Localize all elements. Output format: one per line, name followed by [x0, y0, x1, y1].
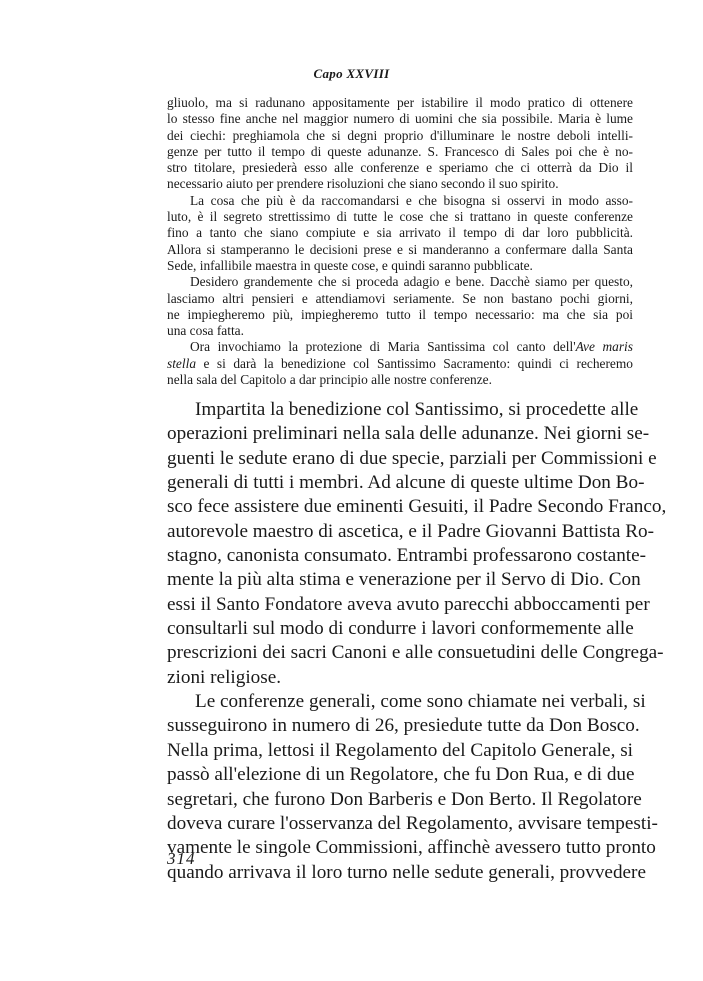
- text-line: Allora si stamperanno le decisioni prese…: [167, 242, 633, 258]
- text-line: La cosa che più è da raccomandarsi e che…: [167, 193, 633, 209]
- text-line: una cosa fatta.: [167, 323, 633, 339]
- text-line: quando arrivava il loro turno nelle sedu…: [167, 861, 633, 885]
- text-line: guenti le sedute erano di due specie, pa…: [167, 447, 633, 471]
- text-line: zioni religiose.: [167, 666, 633, 690]
- text-line: prescrizioni dei sacri Canoni e alle con…: [167, 641, 633, 665]
- text-line: lasciamo altri pensieri e attendiamovi s…: [167, 291, 633, 307]
- main-body-text: Impartita la benedizione col Santissimo,…: [167, 398, 633, 885]
- text-line: vamente le singole Commissioni, affinchè…: [167, 836, 633, 860]
- text-line: ne impiegheremo più, impiegheremo tutto …: [167, 307, 633, 323]
- text-line: passò all'elezione di un Regolatore, che…: [167, 763, 633, 787]
- book-page: Capo XXVIII gliuolo, ma si radunano appo…: [0, 0, 703, 981]
- italic-title: Ave maris: [576, 339, 633, 354]
- quoted-speech-block: gliuolo, ma si radunano appositamente pe…: [167, 95, 633, 388]
- text-line: Impartita la benedizione col Santissimo,…: [167, 398, 633, 422]
- text-line: generali di tutti i membri. Ad alcune di…: [167, 471, 633, 495]
- text-line: mente la più alta stima e venerazione pe…: [167, 568, 633, 592]
- text-line: lo stesso fine anche nel maggior numero …: [167, 111, 633, 127]
- text-line: necessario aiuto per prendere risoluzion…: [167, 176, 633, 192]
- text-line: Ora invochiamo la protezione di Maria Sa…: [167, 339, 633, 355]
- text-line: sco fece assistere due eminenti Gesuiti,…: [167, 495, 633, 519]
- text-line: Le conferenze generali, come sono chiama…: [167, 690, 633, 714]
- text-line: genze per tutto il tempo di queste aduna…: [167, 144, 633, 160]
- text-line: stagno, canonista consumato. Entrambi pr…: [167, 544, 633, 568]
- text-line: stro titolare, presiederà esso alle conf…: [167, 160, 633, 176]
- text-line: operazioni preliminari nella sala delle …: [167, 422, 633, 446]
- text-line: Desidero grandemente che si proceda adag…: [167, 274, 633, 290]
- text-run: e si darà la benedizione col Santissimo …: [204, 356, 634, 371]
- text-line: consultarli sul modo di condurre i lavor…: [167, 617, 633, 641]
- text-line: autorevole maestro di ascetica, e il Pad…: [167, 520, 633, 544]
- text-line: essi il Santo Fondatore aveva avuto pare…: [167, 593, 633, 617]
- text-line: gliuolo, ma si radunano appositamente pe…: [167, 95, 633, 111]
- text-line: Sede, infallibile maestra in queste cose…: [167, 258, 633, 274]
- page-number: 314: [167, 849, 196, 869]
- text-line: stella e si darà la benedizione col Sant…: [167, 356, 633, 372]
- text-line: susseguirono in numero di 26, presiedute…: [167, 714, 633, 738]
- text-line: doveva curare l'osservanza del Regolamen…: [167, 812, 633, 836]
- running-head: Capo XXVIII: [0, 66, 703, 82]
- text-line: fino a tanto che siano compiute e sia ar…: [167, 225, 633, 241]
- text-run: Ora invochiamo la protezione di Maria Sa…: [190, 339, 576, 354]
- text-line: Nella prima, lettosi il Regolamento del …: [167, 739, 633, 763]
- text-line: nella sala del Capitolo a dar principio …: [167, 372, 633, 388]
- italic-title: stella: [167, 356, 196, 371]
- text-line: luto, è il segreto strettissimo di tutte…: [167, 209, 633, 225]
- text-line: dei ciechi: preghiamola che si degni pro…: [167, 128, 633, 144]
- text-line: segretari, che furono Don Barberis e Don…: [167, 788, 633, 812]
